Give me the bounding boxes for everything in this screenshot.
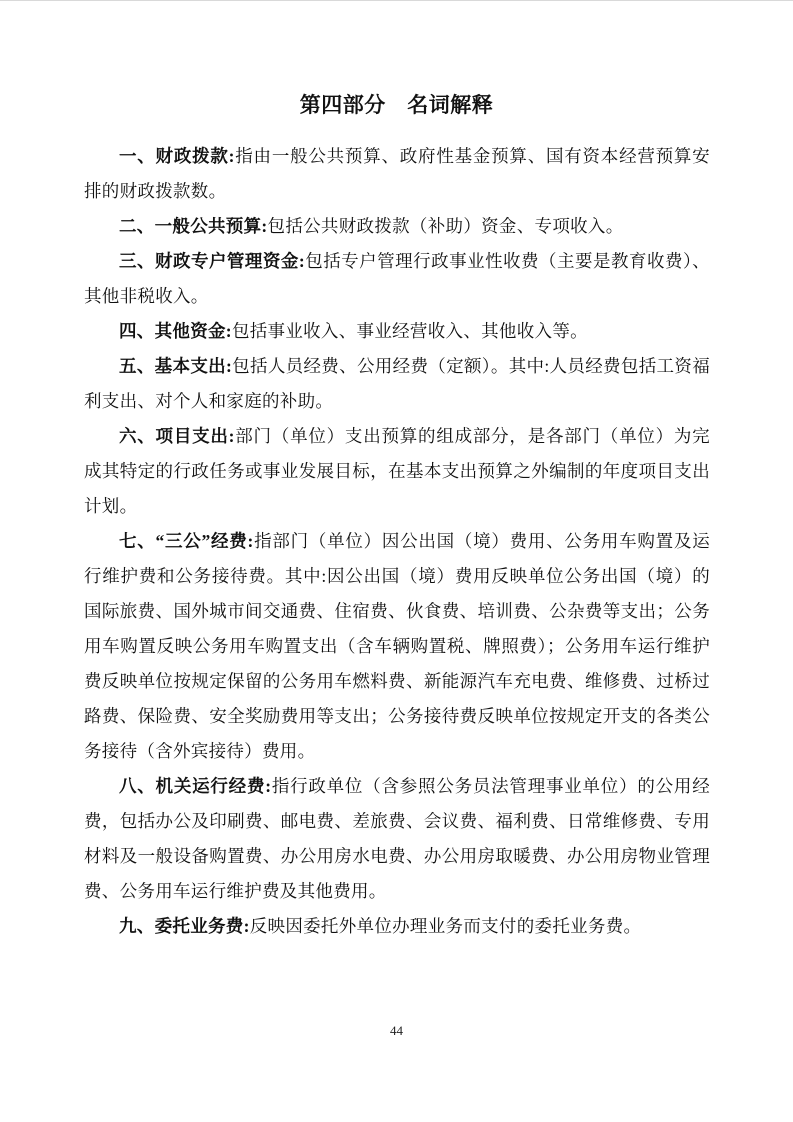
definition-item: 九、委托业务费:反映因委托外单位办理业务而支付的委托业务费。: [84, 909, 710, 944]
definition-text: 指部门（单位）因公出国（境）费用、公务用车购置及运行维护费和公务接待费。其中:因…: [84, 531, 710, 761]
definition-text: 反映因委托外单位办理业务而支付的委托业务费。: [250, 916, 642, 936]
definition-term: 八、机关运行经费:: [119, 776, 271, 796]
definition-term: 三、财政专户管理资金:: [119, 251, 305, 271]
definition-item: 六、项目支出:部门（单位）支出预算的组成部分，是各部门（单位）为完成其特定的行政…: [84, 419, 710, 524]
definition-item: 八、机关运行经费:指行政单位（含参照公务员法管理事业单位）的公用经费，包括办公及…: [84, 769, 710, 909]
definition-term: 九、委托业务费:: [119, 916, 250, 936]
definition-item: 二、一般公共预算:包括公共财政拨款（补助）资金、专项收入。: [84, 209, 710, 244]
definition-term: 七、“三公”经费:: [119, 531, 254, 551]
definition-text: 包括事业收入、事业经营收入、其他收入等。: [232, 321, 588, 341]
page-title: 第四部分 名词解释: [0, 1, 793, 119]
definition-item: 七、“三公”经费:指部门（单位）因公出国（境）费用、公务用车购置及运行维护费和公…: [84, 524, 710, 769]
definition-item: 五、基本支出:包括人员经费、公用经费（定额）。其中:人员经费包括工资福利支出、对…: [84, 349, 710, 419]
definition-term: 一、财政拨款:: [119, 146, 235, 166]
definition-term: 二、一般公共预算:: [119, 216, 268, 236]
definition-term: 四、其他资金:: [119, 321, 232, 341]
definition-text: 包括公共财政拨款（补助）资金、专项收入。: [268, 216, 624, 236]
page-number: 44: [0, 1023, 793, 1039]
definition-item: 一、财政拨款:指由一般公共预算、政府性基金预算、国有资本经营预算安排的财政拨款数…: [84, 139, 710, 209]
definition-term: 五、基本支出:: [119, 356, 232, 376]
definition-item: 四、其他资金:包括事业收入、事业经营收入、其他收入等。: [84, 314, 710, 349]
definitions-list: 一、财政拨款:指由一般公共预算、政府性基金预算、国有资本经营预算安排的财政拨款数…: [84, 139, 710, 944]
document-page: 第四部分 名词解释 一、财政拨款:指由一般公共预算、政府性基金预算、国有资本经营…: [0, 0, 793, 1122]
definition-term: 六、项目支出:: [119, 426, 235, 446]
definition-item: 三、财政专户管理资金:包括专户管理行政事业性收费（主要是教育收费）、其他非税收入…: [84, 244, 710, 314]
